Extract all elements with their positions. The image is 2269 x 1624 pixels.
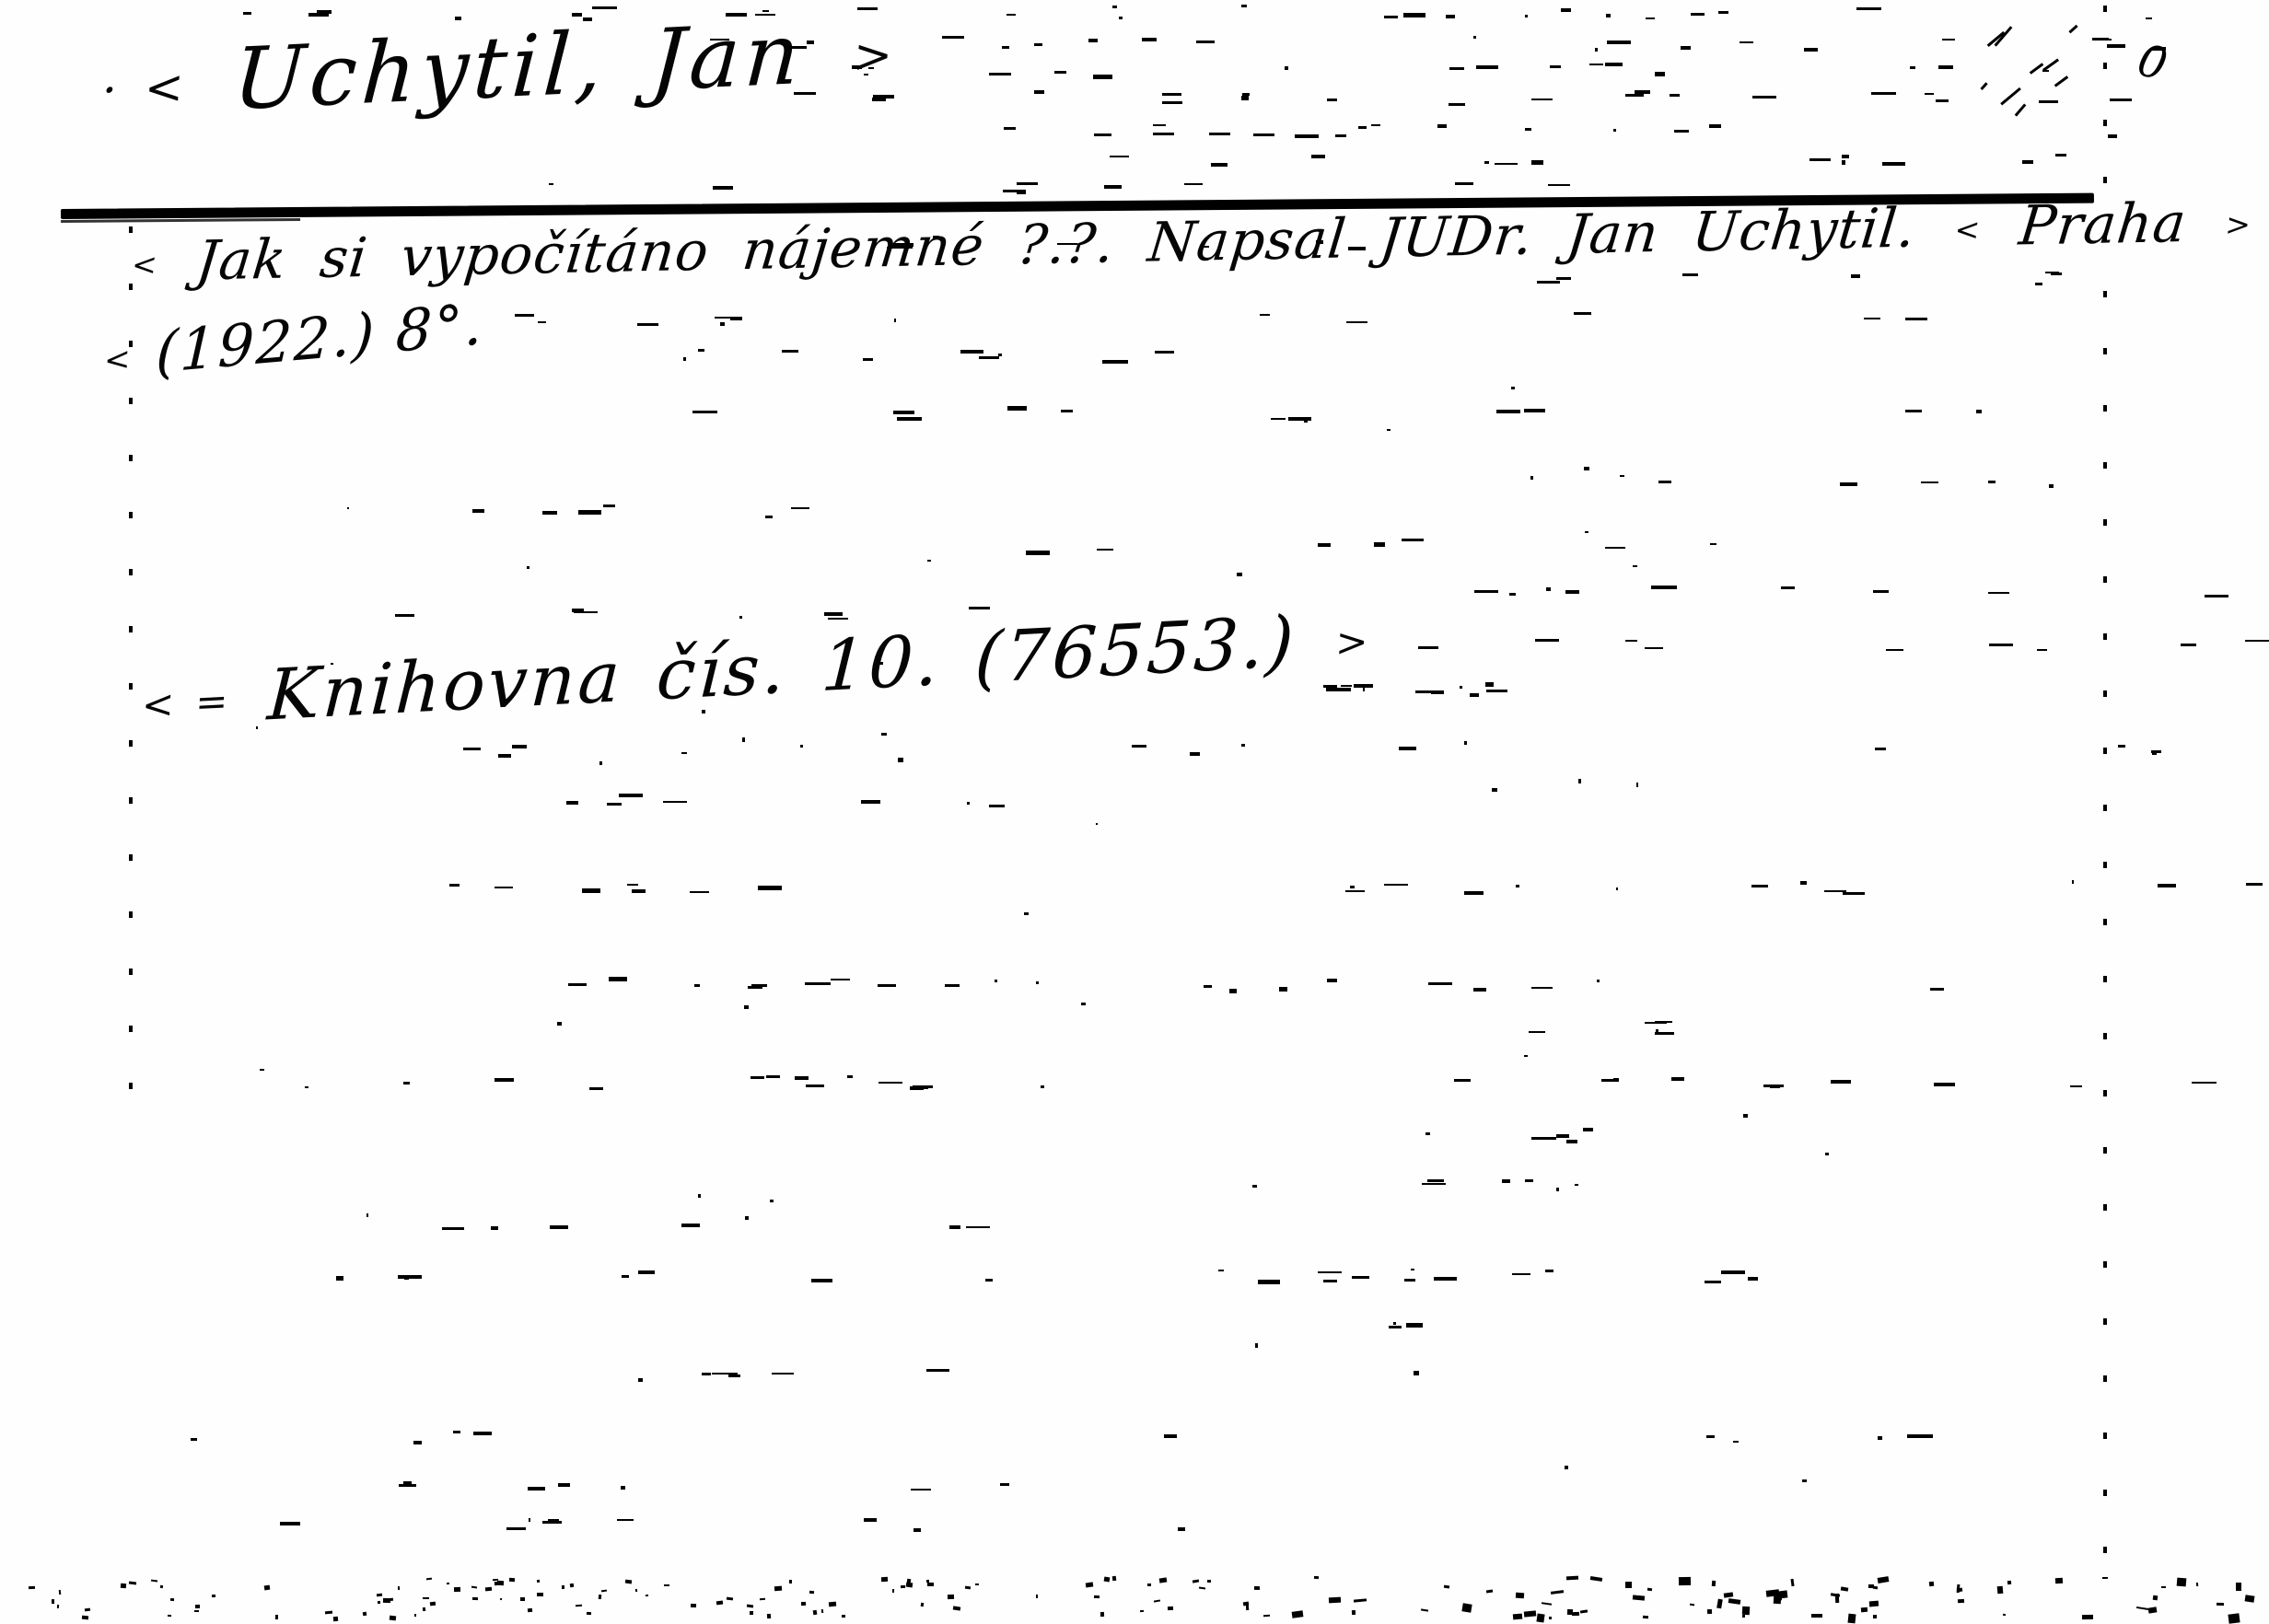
author-heading: · < Uchytil, Jan > xyxy=(94,0,902,135)
editorial-mark-place: < xyxy=(1948,212,1987,248)
editorial-mark-right: > xyxy=(846,27,900,84)
author-name: Uchytil, Jan xyxy=(231,5,807,130)
corner-digit: 0 xyxy=(2133,34,2172,91)
scanned-catalog-card: 0 · < Uchytil, Jan > < Jak si vypočítáno… xyxy=(0,0,2269,1624)
holdings-text: Knihovna čís. 10. (76553.) xyxy=(265,600,1298,737)
editorial-mark-right: > xyxy=(2218,207,2258,243)
editorial-mark-right: > xyxy=(1329,619,1375,667)
imprint-text: (1922.) 8°. xyxy=(155,290,485,387)
right-margin-dotted-line xyxy=(2103,6,2107,1576)
holdings-line: < = Knihovna čís. 10. (76553.) > xyxy=(134,596,1376,743)
left-margin-dotted-line xyxy=(129,226,133,1110)
imprint-line: < (1922.) 8°. xyxy=(98,290,485,391)
editorial-mark-left: < = xyxy=(135,679,235,729)
editorial-mark-left: · < xyxy=(95,59,191,118)
